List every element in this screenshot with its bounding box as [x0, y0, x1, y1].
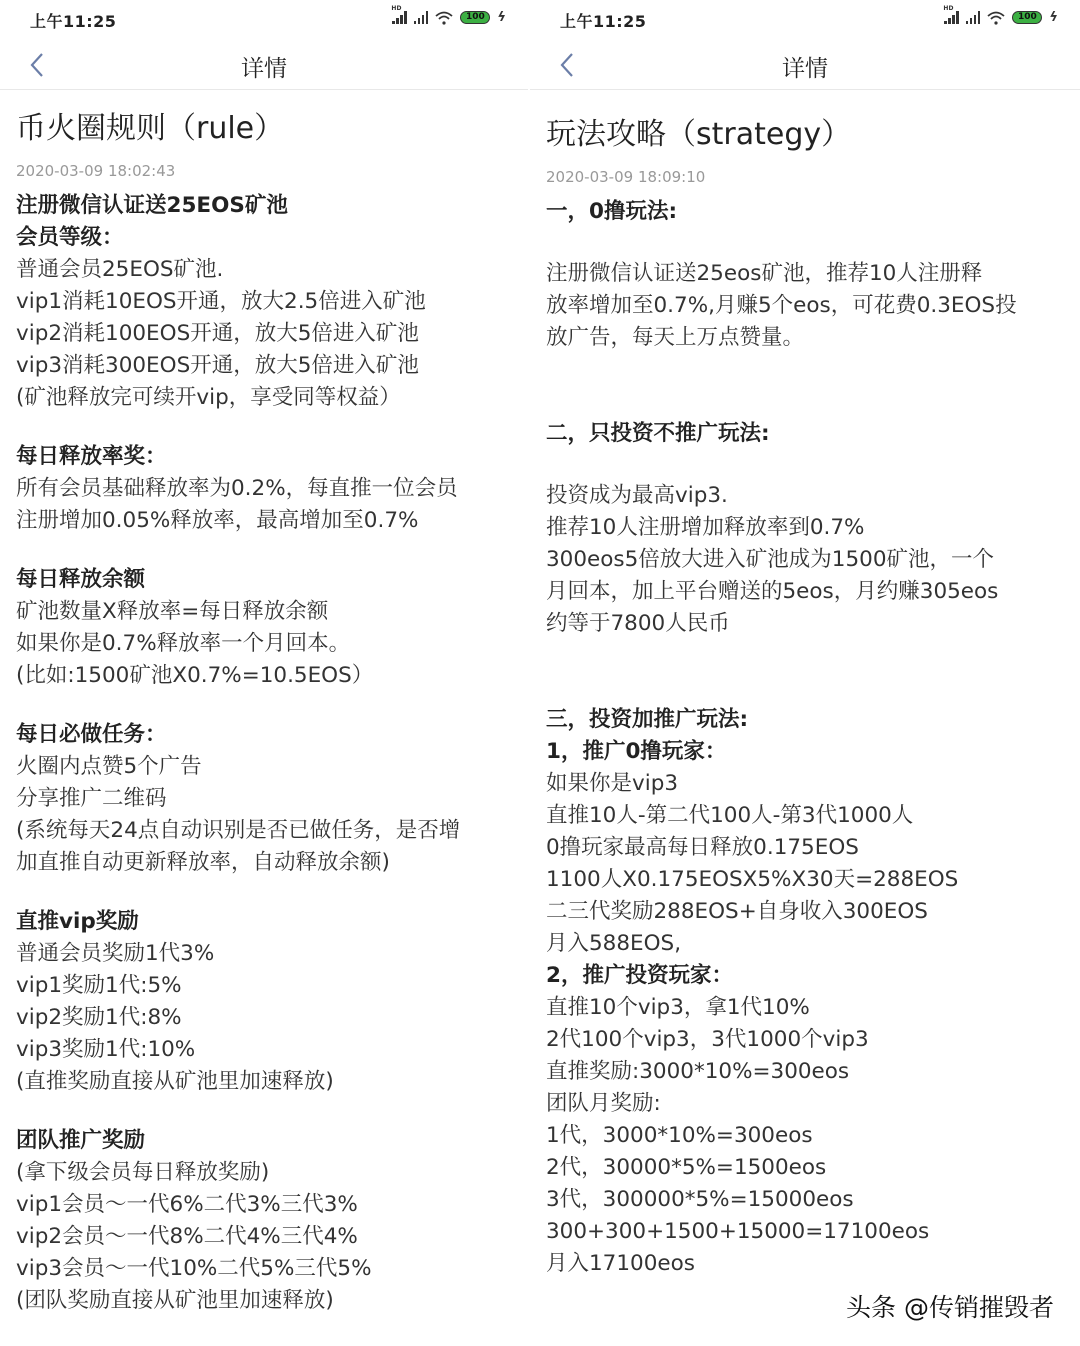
text-line: vip1奖励1代:5%	[16, 970, 512, 1002]
text-line: 所有会员基础释放率为0.2%，每直推一位会员	[16, 473, 512, 505]
text-line: 2代，30000*5%=1500eos	[546, 1152, 1064, 1184]
text-line: 投资成为最高vip3.	[546, 480, 1064, 512]
text-line: 注册微信认证送25eos矿池，推荐10人注册释	[546, 258, 1064, 290]
text-line: 如果你是0.7%释放率一个月回本。	[16, 628, 512, 660]
section-heading: 每日释放率奖：	[16, 441, 512, 473]
text-line: 月入588EOS,	[546, 928, 1064, 960]
article-date: 2020-03-09 18:09:10	[546, 168, 1064, 186]
text-line: 二三代奖励288EOS+自身收入300EOS	[546, 896, 1064, 928]
section-heading: 二，只投资不推广玩法:	[546, 418, 1064, 450]
nav-title: 详情	[0, 50, 528, 83]
section-heading: 每日必做任务：	[16, 719, 512, 751]
text-line: 0撸玩家最高每日释放0.175EOS	[546, 832, 1064, 864]
text-line: 如果你是vip3	[546, 768, 1064, 800]
text-line: 300+300+1500+15000=17100eos	[546, 1216, 1064, 1248]
status-icons: HD 100 ϟ	[392, 10, 506, 25]
section-heading: 会员等级：	[16, 222, 512, 254]
hd-label: HD	[391, 5, 401, 12]
text-line: 普通会员25EOS矿池.	[16, 254, 512, 286]
status-bar: 上午11:25 HD 100 ϟ	[0, 0, 528, 40]
hd-signal-icon: HD	[944, 11, 959, 24]
charging-icon: ϟ	[497, 10, 506, 25]
text-line: 分享推广二维码	[16, 783, 512, 815]
battery-icon: 100	[1012, 11, 1042, 24]
text-line: 团队月奖励:	[546, 1088, 1064, 1120]
text-line: 普通会员奖励1代3%	[16, 938, 512, 970]
section-heading: 团队推广奖励	[16, 1125, 512, 1157]
text-line: 约等于7800人民币	[546, 608, 1064, 640]
section-heading: 注册微信认证送25EOS矿池	[16, 190, 512, 222]
text-line: (团队奖励直接从矿池里加速释放)	[16, 1285, 512, 1317]
rule-screen: 上午11:25 HD 100 ϟ 详情 币火圈规则（rule） 2020-03-…	[0, 0, 528, 1346]
text-line: vip3会员～一代10%二代5%三代5%	[16, 1253, 512, 1285]
text-line: 直推10人-第二代100人-第3代1000人	[546, 800, 1064, 832]
article-date: 2020-03-09 18:02:43	[16, 162, 512, 180]
text-line: vip3奖励1代:10%	[16, 1034, 512, 1066]
hd-signal-icon: HD	[392, 11, 407, 24]
text-line: 月入17100eos	[546, 1248, 1064, 1280]
wifi-icon	[435, 11, 453, 25]
text-line: 加直推自动更新释放率，自动释放余额)	[16, 847, 512, 879]
text-line: vip3消耗300EOS开通，放大5倍进入矿池	[16, 350, 512, 382]
text-line: vip2奖励1代:8%	[16, 1002, 512, 1034]
text-line: (直推奖励直接从矿池里加速释放)	[16, 1066, 512, 1098]
status-time: 上午11:25	[30, 9, 116, 32]
article-content: 币火圈规则（rule） 2020-03-09 18:02:43 注册微信认证送2…	[0, 108, 528, 1317]
text-line: 1代，3000*10%=300eos	[546, 1120, 1064, 1152]
hd-label: HD	[943, 5, 953, 12]
wifi-icon	[987, 11, 1005, 25]
text-line: 1100人X0.175EOSX5%X30天=288EOS	[546, 864, 1064, 896]
text-line: vip2消耗100EOS开通，放大5倍进入矿池	[16, 318, 512, 350]
status-icons: HD 100 ϟ	[944, 10, 1058, 25]
article-title: 玩法攻略（strategy）	[546, 114, 1064, 156]
strategy-screen: 上午11:25 HD 100 ϟ 详情 玩法攻略（strategy） 2020-…	[530, 0, 1080, 1346]
nav-title: 详情	[530, 50, 1080, 83]
section-heading: 三，投资加推广玩法:	[546, 704, 1064, 736]
article-title: 币火圈规则（rule）	[16, 108, 512, 150]
text-line: 火圈内点赞5个广告	[16, 751, 512, 783]
text-line: 矿池数量X释放率=每日释放余额	[16, 596, 512, 628]
status-time: 上午11:25	[560, 9, 646, 32]
charging-icon: ϟ	[1049, 10, 1058, 25]
text-line: vip1消耗10EOS开通，放大2.5倍进入矿池	[16, 286, 512, 318]
text-line: 3代，300000*5%=15000eos	[546, 1184, 1064, 1216]
text-line: 放率增加至0.7%,月赚5个eos，可花费0.3EOS投	[546, 290, 1064, 322]
signal-icon	[966, 11, 981, 24]
text-line: 2代100个vip3，3代1000个vip3	[546, 1024, 1064, 1056]
text-line: vip1会员～一代6%二代3%三代3%	[16, 1189, 512, 1221]
text-line: (比如:1500矿池X0.7%=10.5EOS）	[16, 660, 512, 692]
status-bar: 上午11:25 HD 100 ϟ	[530, 0, 1080, 40]
text-line: 月回本，加上平台赠送的5eos，月约赚305eos	[546, 576, 1064, 608]
rule-sections: 注册微信认证送25EOS矿池会员等级：普通会员25EOS矿池.vip1消耗10E…	[16, 190, 512, 1317]
signal-icon	[414, 11, 429, 24]
text-line: 直推奖励:3000*10%=300eos	[546, 1056, 1064, 1088]
text-line: 放广告，每天上万点赞量。	[546, 322, 1064, 354]
nav-bar: 详情	[530, 40, 1080, 90]
subsection-heading: 1，推广0撸玩家：	[546, 736, 1064, 768]
text-line: (系统每天24点自动识别是否已做任务，是否增	[16, 815, 512, 847]
section-heading: 每日释放余额	[16, 564, 512, 596]
text-line: (矿池释放完可续开vip，享受同等权益）	[16, 382, 512, 414]
watermark: 头条 @传销摧毁者	[846, 1288, 1054, 1324]
text-line: 直推10个vip3，拿1代10%	[546, 992, 1064, 1024]
text-line: 300eos5倍放大进入矿池成为1500矿池，一个	[546, 544, 1064, 576]
battery-icon: 100	[460, 11, 490, 24]
section-heading: 一，0撸玩法:	[546, 196, 1064, 228]
section-heading: 直推vip奖励	[16, 906, 512, 938]
text-line: 注册增加0.05%释放率，最高增加至0.7%	[16, 505, 512, 537]
article-content: 玩法攻略（strategy） 2020-03-09 18:09:10 一，0撸玩…	[530, 114, 1080, 1280]
text-line: vip2会员～一代8%二代4%三代4%	[16, 1221, 512, 1253]
subsection-heading: 2，推广投资玩家：	[546, 960, 1064, 992]
text-line: 推荐10人注册增加释放率到0.7%	[546, 512, 1064, 544]
text-line: (拿下级会员每日释放奖励)	[16, 1157, 512, 1189]
nav-bar: 详情	[0, 40, 528, 90]
